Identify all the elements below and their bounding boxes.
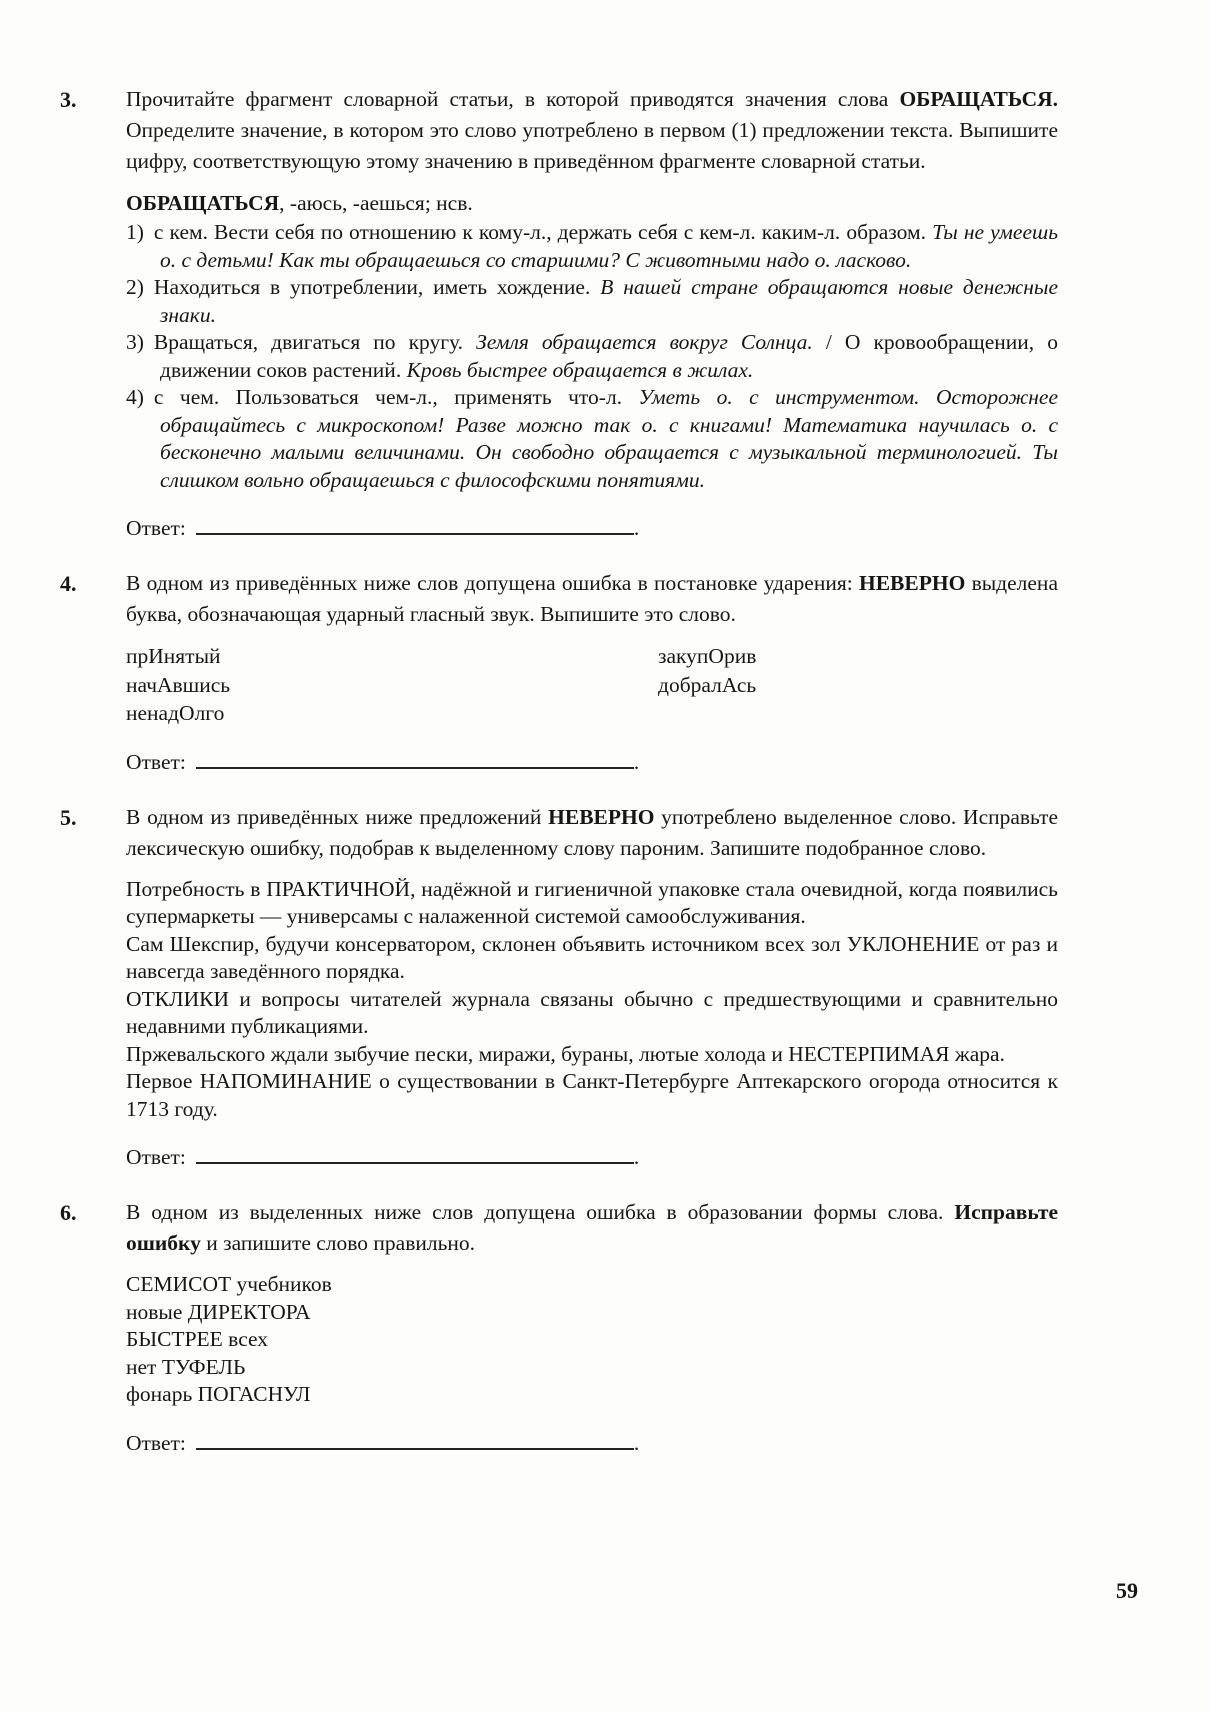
dictionary-sense-4: 4)с чем. Пользоваться чем-л., применять … — [126, 384, 1058, 494]
stress-words-left-column: прИнятый начАвшись ненадОлго — [126, 642, 658, 728]
sense-1-number: 1) — [126, 220, 144, 244]
task-3-intro: Прочитайте фрагмент словарной статьи, в … — [126, 84, 1058, 177]
answer-period: . — [634, 1431, 639, 1455]
paronym-sentences: Потребность в ПРАКТИЧНОЙ, надёжной и гиг… — [126, 876, 1058, 1124]
sense-2-number: 2) — [126, 275, 144, 299]
dictionary-headword: ОБРАЩАТЬСЯ, -аюсь, -аешься; нсв. — [126, 189, 1058, 217]
answer-label: Ответ: — [126, 1431, 186, 1455]
sense-1-text: с кем. Вести себя по отношению к кому-л.… — [154, 220, 1058, 272]
task-5-number: 5. — [60, 802, 126, 1172]
stress-word: ненадОлго — [126, 699, 658, 728]
dictionary-sense-1: 1)с кем. Вести себя по отношению к кому-… — [126, 219, 1058, 274]
task-4-body: В одном из приведённых ниже слов допущен… — [126, 568, 1058, 776]
task-6-body: В одном из выделенных ниже слов допущена… — [126, 1197, 1058, 1457]
word-form-list: СЕМИСОТ учебников новые ДИРЕКТОРА БЫСТРЕ… — [126, 1271, 1058, 1409]
dictionary-sense-3: 3)Вращаться, двигаться по кругу. Земля о… — [126, 329, 1058, 384]
task-6-intro: В одном из выделенных ниже слов допущена… — [126, 1197, 1058, 1259]
task-5-body: В одном из приведённых ниже предложений … — [126, 802, 1058, 1172]
paronym-sentence: ОТКЛИКИ и вопросы читателей журнала связ… — [126, 986, 1058, 1041]
task-3-body: Прочитайте фрагмент словарной статьи, в … — [126, 84, 1058, 542]
word-form: новые ДИРЕКТОРА — [126, 1299, 1058, 1327]
task-4-answer-row: Ответ:. — [126, 748, 1058, 776]
answer-label: Ответ: — [126, 1145, 186, 1169]
sense-3-text: Вращаться, двигаться по кругу. Земля обр… — [154, 330, 1058, 382]
paronym-sentence: Сам Шекспир, будучи консерватором, склон… — [126, 931, 1058, 986]
word-form: фонарь ПОГАСНУЛ — [126, 1381, 1058, 1409]
answer-label: Ответ: — [126, 516, 186, 540]
paronym-sentence: Пржевальского ждали зыбучие пески, мираж… — [126, 1041, 1058, 1069]
paronym-sentence: Потребность в ПРАКТИЧНОЙ, надёжной и гиг… — [126, 876, 1058, 931]
task-3-number: 3. — [60, 84, 126, 542]
task-4-intro: В одном из приведённых ниже слов допущен… — [126, 568, 1058, 630]
task-5-intro: В одном из приведённых ниже предложений … — [126, 802, 1058, 864]
word-form: нет ТУФЕЛЬ — [126, 1354, 1058, 1382]
dictionary-senses: 1)с кем. Вести себя по отношению к кому-… — [126, 219, 1058, 494]
answer-blank-line — [196, 515, 634, 535]
task-5: 5. В одном из приведённых ниже предложен… — [60, 802, 1058, 1172]
task-3-answer-row: Ответ:. — [126, 514, 1058, 542]
task-4-number: 4. — [60, 568, 126, 776]
scanned-exam-page: 3. Прочитайте фрагмент словарной статьи,… — [0, 0, 1210, 1712]
task-4: 4. В одном из приведённых ниже слов допу… — [60, 568, 1058, 776]
page-number: 59 — [1116, 1578, 1138, 1604]
answer-period: . — [634, 1145, 639, 1169]
stress-words-right-column: закупОрив добралАсь — [658, 642, 756, 728]
stress-word: добралАсь — [658, 671, 756, 700]
answer-blank-line — [196, 748, 634, 768]
page-content: 3. Прочитайте фрагмент словарной статьи,… — [60, 84, 1058, 1483]
answer-label: Ответ: — [126, 750, 186, 774]
sense-3-number: 3) — [126, 330, 144, 354]
answer-blank-line — [196, 1429, 634, 1449]
paronym-sentence: Первое НАПОМИНАНИЕ о существовании в Сан… — [126, 1068, 1058, 1123]
task-6-answer-row: Ответ:. — [126, 1429, 1058, 1457]
word-form: БЫСТРЕЕ всех — [126, 1326, 1058, 1354]
task-5-answer-row: Ответ:. — [126, 1143, 1058, 1171]
word-form: СЕМИСОТ учебников — [126, 1271, 1058, 1299]
sense-2-text: Находиться в употреблении, иметь хождени… — [154, 275, 1058, 327]
stress-word-columns: прИнятый начАвшись ненадОлго закупОрив д… — [126, 642, 1058, 728]
sense-4-text: с чем. Пользоваться чем-л., применять чт… — [154, 385, 1058, 492]
answer-period: . — [634, 750, 639, 774]
answer-period: . — [634, 516, 639, 540]
stress-word: начАвшись — [126, 671, 658, 700]
answer-blank-line — [196, 1144, 634, 1164]
sense-4-number: 4) — [126, 385, 144, 409]
task-6: 6. В одном из выделенных ниже слов допущ… — [60, 1197, 1058, 1457]
task-3: 3. Прочитайте фрагмент словарной статьи,… — [60, 84, 1058, 542]
stress-word: прИнятый — [126, 642, 658, 671]
dictionary-sense-2: 2)Находиться в употреблении, иметь хожде… — [126, 274, 1058, 329]
stress-word: закупОрив — [658, 642, 756, 671]
task-6-number: 6. — [60, 1197, 126, 1457]
